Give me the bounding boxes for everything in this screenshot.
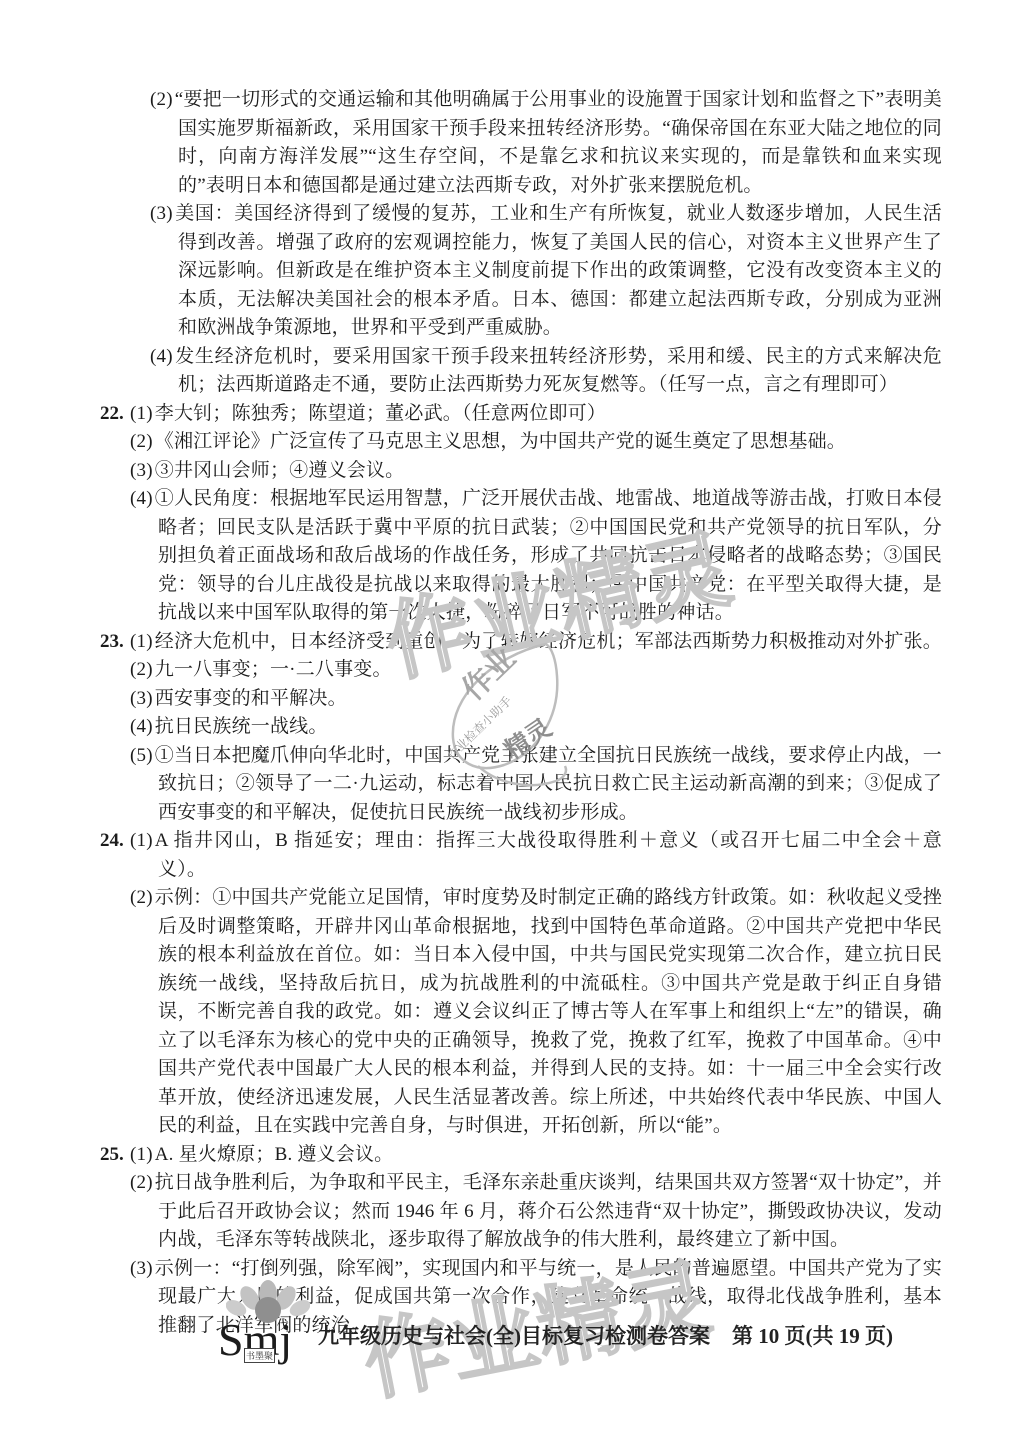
answer-label: (1) bbox=[130, 830, 155, 851]
answer-paragraph: (1)A 指井冈山，B 指延安；理由：指挥三大战役取得胜利＋意义（或召开七届二中… bbox=[130, 827, 942, 884]
answer-paragraph: (1)经济大危机中，日本经济受到重创，为了转嫁经济危机；军部法西斯势力积极推动对… bbox=[130, 628, 942, 657]
answer-text: 发生经济危机时，要采用国家干预手段来扭转经济形势，采用和缓、民主的方式来解决危机… bbox=[175, 346, 942, 396]
logo-sub-label: 书墨聚 bbox=[244, 1348, 275, 1363]
item-number: 22. bbox=[100, 400, 130, 429]
answer-label: (4) bbox=[150, 346, 175, 367]
site-logo: Smj 书墨聚 bbox=[218, 1280, 318, 1364]
answer-text: 九一八事变；一·二八事变。 bbox=[155, 659, 392, 680]
answer-text: 示例：①中国共产党能立足国情，审时度势及时制定正确的路线方针政策。如：秋收起义受… bbox=[155, 887, 942, 1136]
answer-text: A. 星火燎原；B. 遵义会议。 bbox=[155, 1144, 394, 1165]
answer-item: 24.(1)A 指井冈山，B 指延安；理由：指挥三大战役取得胜利＋意义（或召开七… bbox=[100, 827, 942, 1141]
answer-label: (5) bbox=[130, 745, 155, 766]
answer-item: (2)“要把一切形式的交通运输和其他明确属于公用事业的设施置于国家计划和监督之下… bbox=[100, 86, 942, 400]
answer-label: (4) bbox=[130, 716, 155, 737]
answer-label: (1) bbox=[130, 403, 155, 424]
answer-label: (4) bbox=[130, 488, 155, 509]
answer-label: (3) bbox=[130, 688, 155, 709]
answer-paragraph: (4)①人民角度：根据地军民运用智慧，广泛开展伏击战、地雷战、地道战等游击战，打… bbox=[130, 485, 942, 628]
item-answers: (1)经济大危机中，日本经济受到重创，为了转嫁经济危机；军部法西斯势力积极推动对… bbox=[130, 628, 942, 828]
answer-text: 《湘江评论》广泛宣传了马克思主义思想，为中国共产党的诞生奠定了思想基础。 bbox=[155, 431, 846, 452]
answer-text: 李大钊；陈独秀；陈望道；董必武。（任意两位即可） bbox=[155, 403, 606, 424]
answer-label: (1) bbox=[130, 631, 155, 652]
answer-paragraph: (2)示例：①中国共产党能立足国情，审时度势及时制定正确的路线方针政策。如：秋收… bbox=[130, 884, 942, 1141]
answer-label: (2) bbox=[130, 659, 155, 680]
answer-paragraph: (2)抗日战争胜利后，为争取和平民主，毛泽东亲赴重庆谈判，结果国共双方签署“双十… bbox=[130, 1169, 942, 1255]
answer-paragraph: (1)A. 星火燎原；B. 遵义会议。 bbox=[130, 1141, 942, 1170]
answer-paragraph: (3)③井冈山会师；④遵义会议。 bbox=[130, 457, 942, 486]
answer-text: A 指井冈山，B 指延安；理由：指挥三大战役取得胜利＋意义（或召开七届二中全会＋… bbox=[155, 830, 942, 880]
answer-paragraph: (2)“要把一切形式的交通运输和其他明确属于公用事业的设施置于国家计划和监督之下… bbox=[150, 86, 942, 200]
answer-label: (1) bbox=[130, 1144, 155, 1165]
answer-text: ①当日本把魔爪伸向华北时，中国共产党主张建立全国抗日民族统一战线，要求停止内战，… bbox=[155, 745, 942, 823]
answer-item: 23.(1)经济大危机中，日本经济受到重创，为了转嫁经济危机；军部法西斯势力积极… bbox=[100, 628, 942, 828]
answer-text: ①人民角度：根据地军民运用智慧，广泛开展伏击战、地雷战、地道战等游击战，打败日本… bbox=[155, 488, 942, 623]
answer-paragraph: (3)西安事变的和平解决。 bbox=[130, 685, 942, 714]
answer-paragraph: (4)抗日民族统一战线。 bbox=[130, 713, 942, 742]
answer-paragraph: (2)九一八事变；一·二八事变。 bbox=[130, 656, 942, 685]
answer-label: (3) bbox=[130, 460, 155, 481]
answers-content: (2)“要把一切形式的交通运输和其他明确属于公用事业的设施置于国家计划和监督之下… bbox=[100, 86, 942, 1340]
answer-text: 美国：美国经济得到了缓慢的复苏，工业和生产有所恢复，就业人数逐步增加，人民生活得… bbox=[175, 203, 942, 338]
answer-text: 抗日战争胜利后，为争取和平民主，毛泽东亲赴重庆谈判，结果国共双方签署“双十协定”… bbox=[155, 1172, 942, 1250]
answer-label: (2) bbox=[130, 1172, 155, 1193]
page-number: 第 10 页(共 19 页) bbox=[732, 1324, 893, 1348]
answer-paragraph: (2)《湘江评论》广泛宣传了马克思主义思想，为中国共产党的诞生奠定了思想基础。 bbox=[130, 428, 942, 457]
answer-text: ③井冈山会师；④遵义会议。 bbox=[155, 460, 405, 481]
item-answers: (2)“要把一切形式的交通运输和其他明确属于公用事业的设施置于国家计划和监督之下… bbox=[150, 86, 942, 400]
footer-caption: 九年级历史与社会(全)目标复习检测卷答案第 10 页(共 19 页) bbox=[318, 1320, 893, 1350]
answer-paragraph: (5)①当日本把魔爪伸向华北时，中国共产党主张建立全国抗日民族统一战线，要求停止… bbox=[130, 742, 942, 828]
answer-sheet-page: 作业精灵 作业精灵 作业 作业检查小助手 精灵 (2)“要把一切形式的交通运输和… bbox=[0, 0, 1020, 1433]
item-answers: (1)李大钊；陈独秀；陈望道；董必武。（任意两位即可）(2)《湘江评论》广泛宣传… bbox=[130, 400, 942, 628]
footer: Smj 书墨聚 九年级历史与社会(全)目标复习检测卷答案第 10 页(共 19 … bbox=[0, 1278, 1020, 1388]
answer-label: (2) bbox=[130, 431, 155, 452]
answer-paragraph: (1)李大钊；陈独秀；陈望道；董必武。（任意两位即可） bbox=[130, 400, 942, 429]
answer-label: (2) bbox=[150, 89, 175, 110]
answer-item: 22.(1)李大钊；陈独秀；陈望道；董必武。（任意两位即可）(2)《湘江评论》广… bbox=[100, 400, 942, 628]
answer-paragraph: (4)发生经济危机时，要采用国家干预手段来扭转经济形势，采用和缓、民主的方式来解… bbox=[150, 343, 942, 400]
item-number: 23. bbox=[100, 628, 130, 657]
answer-label: (3) bbox=[150, 203, 175, 224]
doc-title: 九年级历史与社会(全)目标复习检测卷答案 bbox=[318, 1324, 710, 1348]
answer-text: 西安事变的和平解决。 bbox=[155, 688, 347, 709]
answer-label: (3) bbox=[130, 1258, 155, 1279]
item-number: 24. bbox=[100, 827, 130, 856]
item-number: 25. bbox=[100, 1141, 130, 1170]
answer-label: (2) bbox=[130, 887, 155, 908]
answer-text: 经济大危机中，日本经济受到重创，为了转嫁经济危机；军部法西斯势力积极推动对外扩张… bbox=[155, 631, 942, 652]
logo-wordmark: Smj 书墨聚 bbox=[218, 1320, 292, 1360]
answer-paragraph: (3)美国：美国经济得到了缓慢的复苏，工业和生产有所恢复，就业人数逐步增加，人民… bbox=[150, 200, 942, 343]
answer-text: 抗日民族统一战线。 bbox=[155, 716, 328, 737]
item-answers: (1)A 指井冈山，B 指延安；理由：指挥三大战役取得胜利＋意义（或召开七届二中… bbox=[130, 827, 942, 1141]
answer-text: “要把一切形式的交通运输和其他明确属于公用事业的设施置于国家计划和监督之下”表明… bbox=[175, 89, 942, 196]
